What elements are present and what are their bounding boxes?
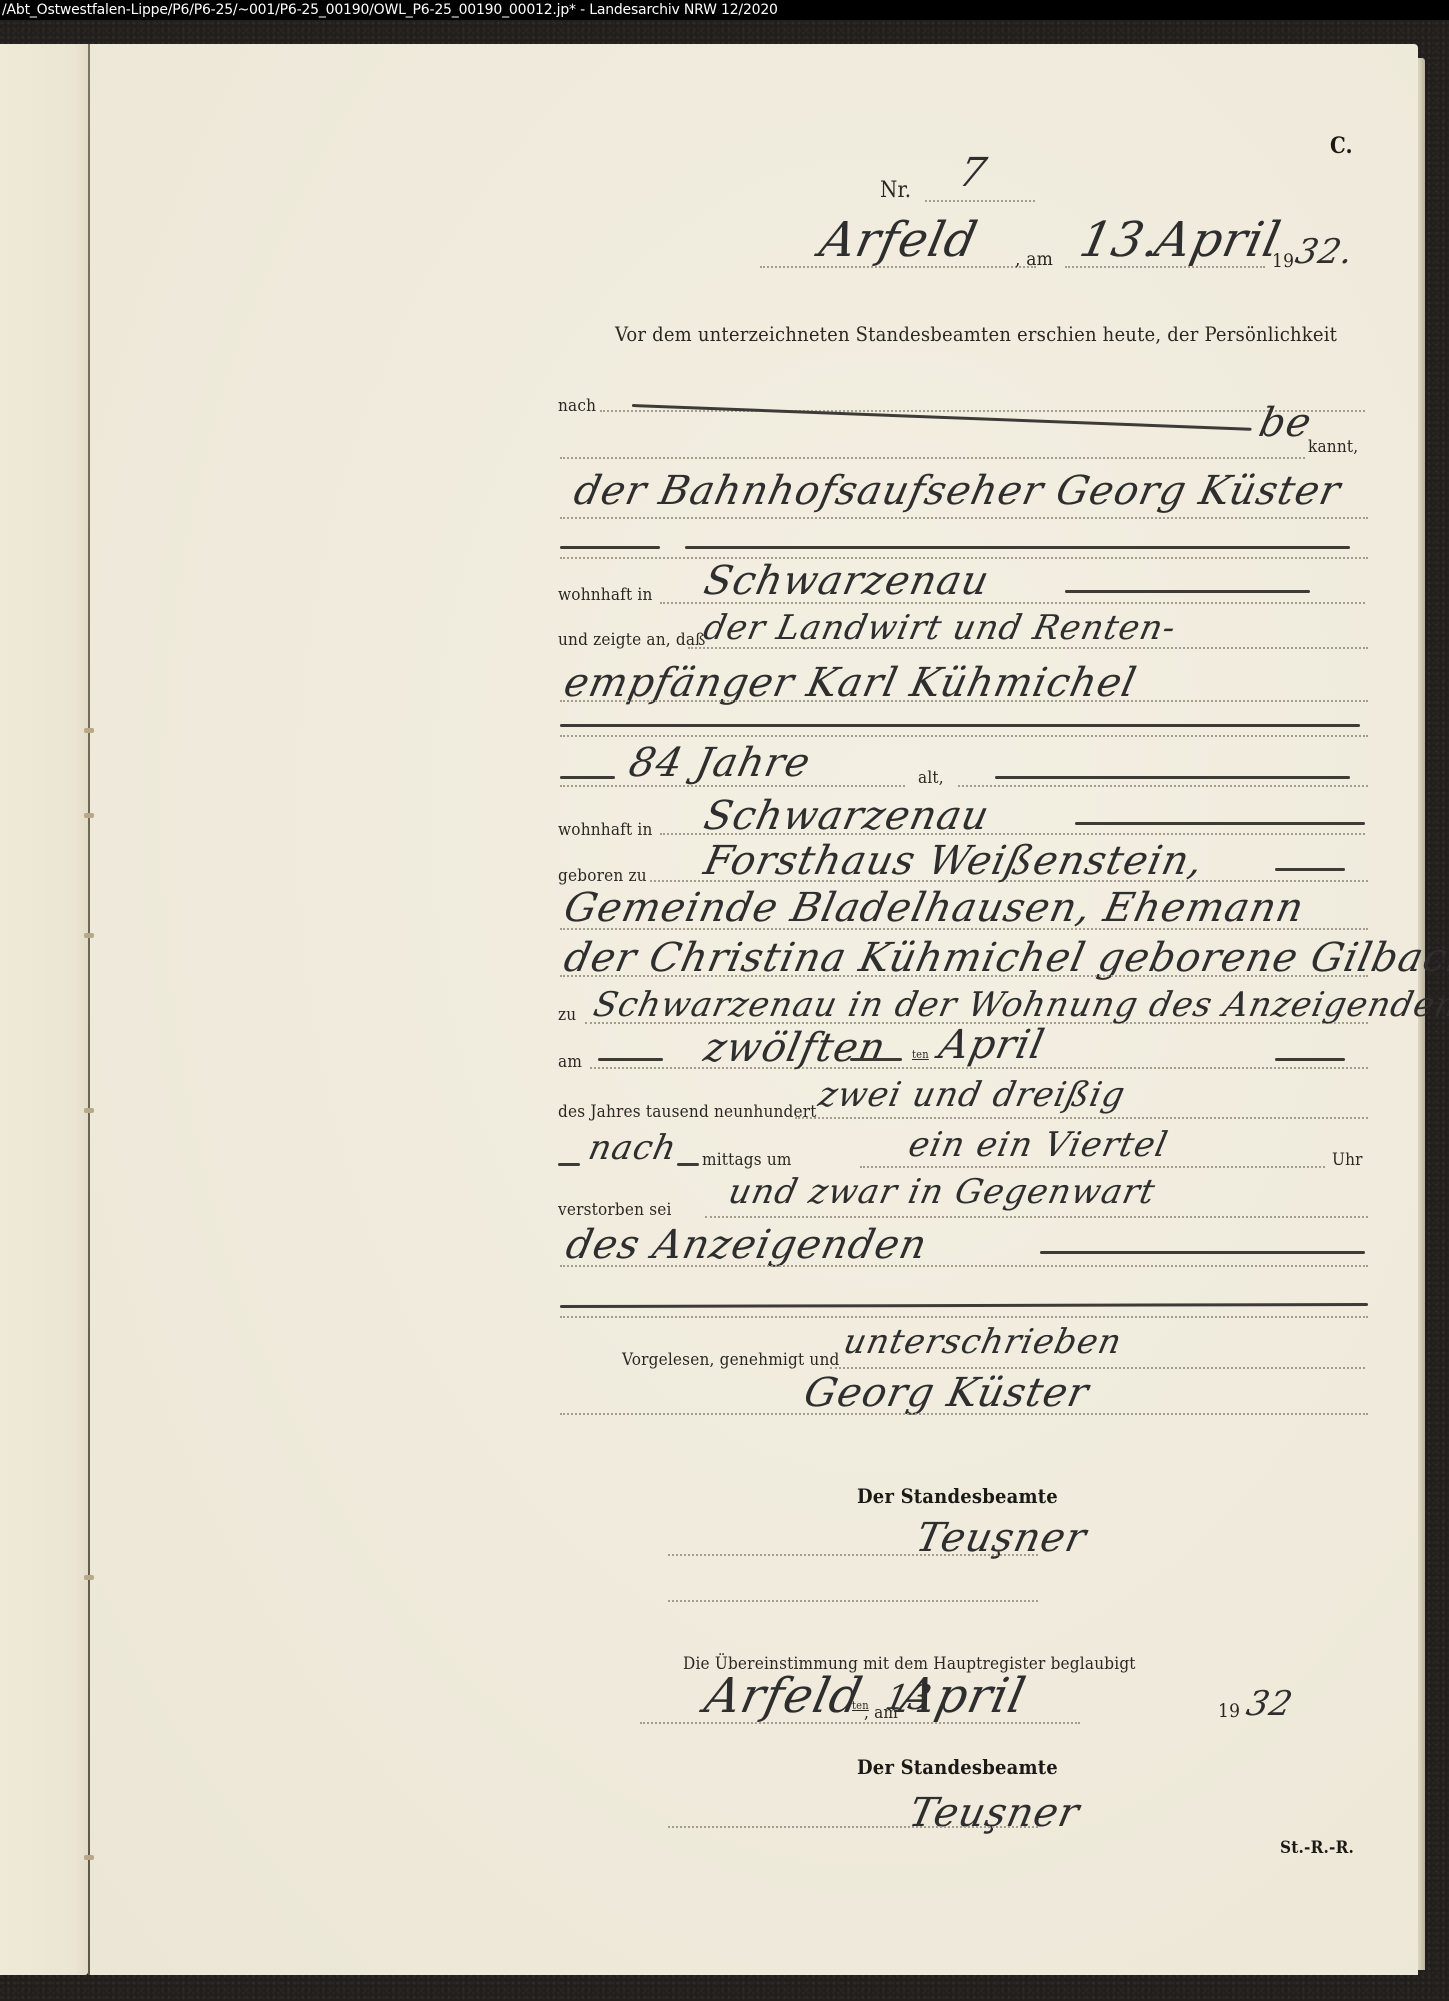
- filler-dash: [677, 1163, 699, 1166]
- deceased-line1: der Landwirt und Renten-: [700, 608, 1180, 648]
- window-title-bar: /Abt_Ostwestfalen-Lippe/P6/P6-25/~001/P6…: [0, 0, 1449, 20]
- mittags-label: mittags um: [702, 1150, 792, 1170]
- deceased-residence-label: wohnhaft in: [558, 820, 653, 840]
- death-day: zwölften: [700, 1025, 890, 1071]
- nach-label: nach: [558, 396, 596, 416]
- cert-registrar-label: Der Standesbeamte: [857, 1755, 1058, 1779]
- time-line: [860, 1166, 1325, 1168]
- informant: der Bahnhofsaufseher Georg Küster: [570, 468, 1345, 514]
- filler-dash: [558, 1163, 580, 1166]
- number-line: [925, 200, 1035, 202]
- death-place: Schwarzenau in der Wohnung des Anzeigend…: [590, 985, 1449, 1025]
- registrar-label: Der Standesbeamte: [857, 1484, 1058, 1508]
- verstorben-line1: und zwar in Gegenwart: [725, 1172, 1159, 1212]
- year-suffix: 32.: [1292, 232, 1358, 272]
- left-page: [0, 44, 88, 1975]
- am-label: am: [558, 1052, 582, 1072]
- filler-dash: [685, 546, 1350, 549]
- informant-signature: Georg Küster: [800, 1370, 1093, 1416]
- age-line: [560, 785, 905, 787]
- registrar-line: [668, 1554, 1038, 1556]
- death-year: zwei und dreißig: [815, 1075, 1129, 1115]
- read-approved-label: Vorgelesen, genehmigt und: [622, 1350, 840, 1370]
- binding-stitch: [84, 1575, 94, 1580]
- footer-code: St.-R.-R.: [1280, 1838, 1354, 1858]
- age-label: alt,: [918, 768, 944, 788]
- filler-dash: [560, 776, 615, 779]
- filler-dash: [1040, 1251, 1365, 1254]
- cert-registrar-line: [668, 1826, 1038, 1828]
- bekannt-label: kannt,: [1308, 437, 1358, 457]
- binding-stitch: [84, 1108, 94, 1113]
- bekannt-line: [560, 457, 1305, 459]
- informant-residence-label: wohnhaft in: [558, 585, 653, 605]
- book-gutter: [88, 44, 90, 1975]
- registrar-line-2: [668, 1600, 1038, 1602]
- announcement-label: und zeigte an, daß: [558, 630, 706, 650]
- binding-stitch: [84, 813, 94, 818]
- verstorben-line: [705, 1216, 1368, 1218]
- age-value: 84 Jahre: [625, 740, 815, 786]
- zu-label: zu: [558, 1005, 576, 1025]
- filler-dash: [1275, 1058, 1345, 1061]
- year-line: [795, 1117, 1368, 1119]
- deceased-residence: Schwarzenau: [700, 793, 994, 839]
- cert-month: April: [895, 1668, 1031, 1724]
- time-value: ein ein Viertel: [905, 1125, 1172, 1165]
- cert-registrar-signature: Teuşner: [905, 1790, 1084, 1836]
- year-prefix: 19: [1272, 250, 1294, 272]
- cert-place: Arfeld: [700, 1668, 868, 1724]
- nach-line: [600, 410, 1365, 412]
- filler-dash: [995, 776, 1350, 779]
- verstorben-label: verstorben sei: [558, 1200, 672, 1220]
- cert-year-prefix: 19: [1218, 1700, 1240, 1722]
- uhr-label: Uhr: [1332, 1150, 1363, 1170]
- read-approved-value: unterschrieben: [840, 1322, 1126, 1362]
- intro-text: Vor dem unterzeichneten Standesbeamten e…: [615, 322, 1337, 346]
- year-label: des Jahres tausend neunhundert: [558, 1102, 817, 1122]
- filler-dash: [1075, 822, 1365, 825]
- binding-stitch: [84, 728, 94, 733]
- deceased-line: [560, 700, 1368, 702]
- blank-line: [560, 735, 1368, 737]
- place-value: Arfeld: [815, 212, 983, 268]
- informant-residence: Schwarzenau: [700, 558, 994, 604]
- filler-dash: [560, 724, 1360, 727]
- number-label: Nr.: [880, 178, 911, 203]
- religion-line: Gemeinde Bladelhausen, Ehemann: [560, 885, 1308, 931]
- age-line-right: [958, 785, 1368, 787]
- signature-line: [560, 1413, 1368, 1415]
- date-month: April: [1150, 212, 1286, 268]
- filler-dash: [1275, 868, 1345, 871]
- blank-line: [560, 928, 1368, 930]
- date-am-label: , am: [1015, 248, 1053, 270]
- informant-line: [560, 517, 1368, 519]
- born-place: Forsthaus Weißenstein,: [700, 838, 1208, 884]
- filler-dash: [1065, 590, 1310, 593]
- bekannt-hand: be: [1255, 400, 1316, 446]
- ten-label: ten: [912, 1048, 929, 1061]
- blank-line: [560, 1265, 1368, 1267]
- born-label: geboren zu: [558, 866, 647, 886]
- cert-year: 32: [1243, 1684, 1297, 1724]
- form-code: C.: [1330, 133, 1353, 159]
- window-title: /Abt_Ostwestfalen-Lippe/P6/P6-25/~001/P6…: [2, 2, 778, 18]
- death-month: April: [935, 1022, 1049, 1068]
- binding-stitch: [84, 1855, 94, 1860]
- filler-dash: [560, 546, 660, 549]
- binding-stitch: [84, 933, 94, 938]
- cert-ten-label: ten: [852, 1699, 869, 1712]
- verstorben-line2: des Anzeigenden: [562, 1222, 932, 1268]
- blank-line: [560, 975, 1368, 977]
- blank-line: [560, 1316, 1368, 1318]
- filler-dash: [850, 1058, 902, 1061]
- filler-dash: [598, 1058, 663, 1061]
- read-line: [830, 1367, 1365, 1369]
- time-prefix: nach: [585, 1128, 681, 1168]
